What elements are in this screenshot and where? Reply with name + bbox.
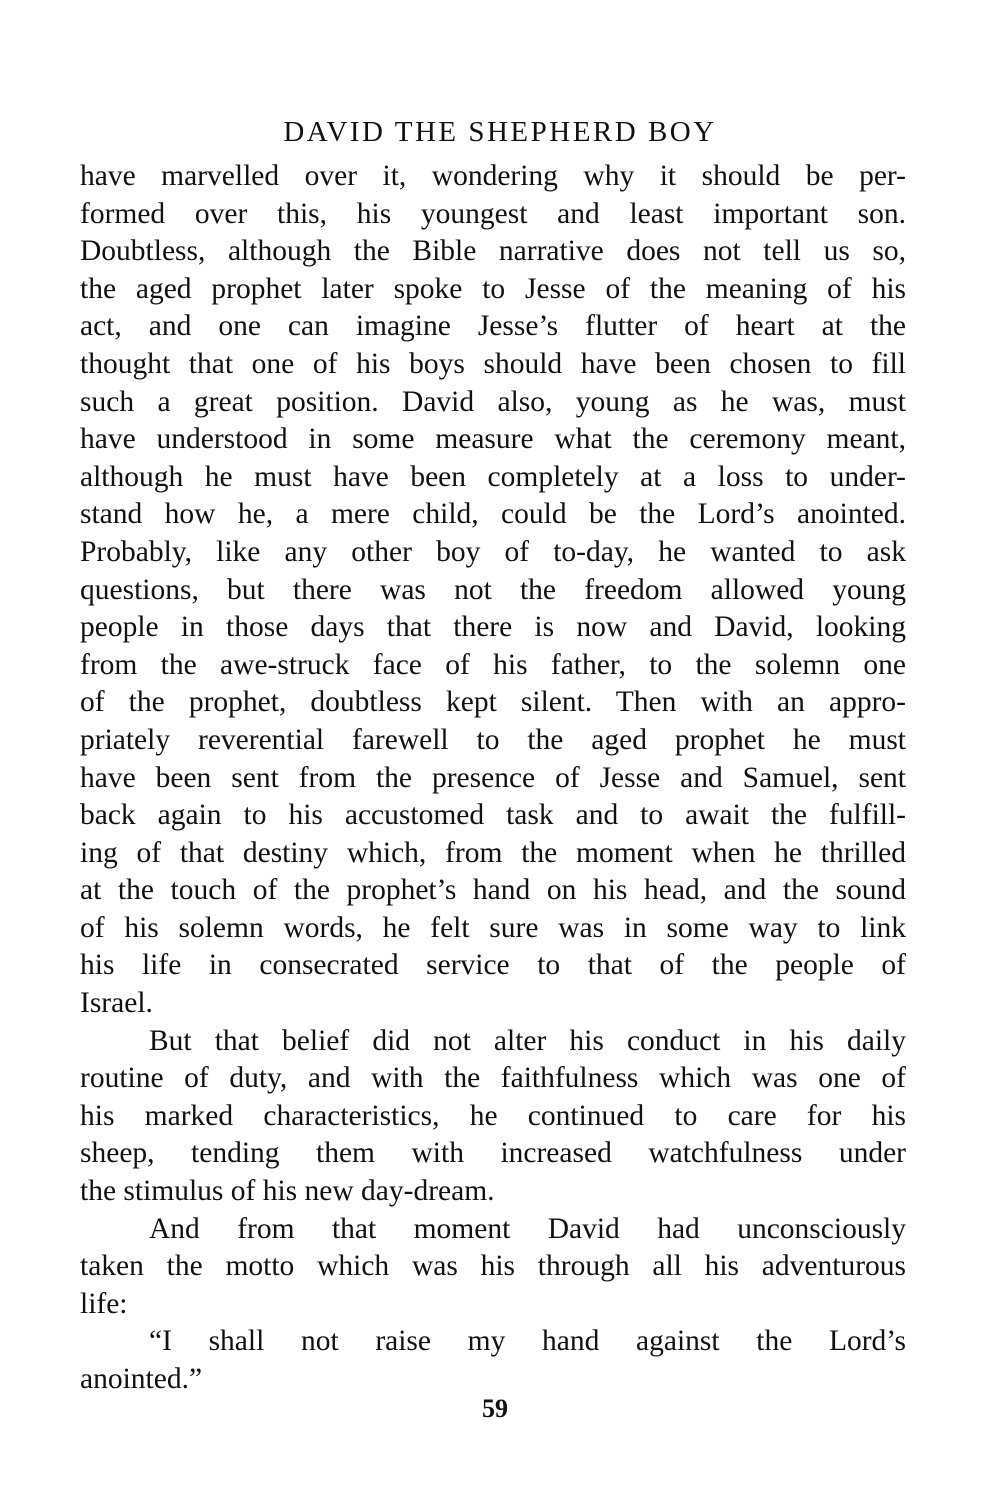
paragraph: And from that moment David had unconscio…: [80, 1211, 906, 1324]
text-line: at the touch of the prophet’s hand on hi…: [80, 872, 906, 910]
text-line: formed over this, his youngest and least…: [80, 196, 906, 234]
text-line: ing of that destiny which, from the mome…: [80, 835, 906, 873]
text-line: although he must have been completely at…: [80, 459, 906, 497]
text-line: have marvelled over it, wondering why it…: [80, 158, 906, 196]
book-page: DAVID THE SHEPHERD BOY have marvelled ov…: [0, 0, 1000, 1511]
paragraph: have marvelled over it, wondering why it…: [80, 158, 906, 1023]
text-line: the stimulus of his new day-dream.: [80, 1173, 906, 1211]
text-line: taken the motto which was his through al…: [80, 1248, 906, 1286]
text-line: act, and one can imagine Jesse’s flutter…: [80, 308, 906, 346]
text-line: Israel.: [80, 985, 906, 1023]
text-line: of the prophet, doubtless kept silent. T…: [80, 684, 906, 722]
text-line: “I shall not raise my hand against the L…: [80, 1323, 906, 1361]
text-line: Doubtless, although the Bible narrative …: [80, 233, 906, 271]
text-line: sheep, tending them with increased watch…: [80, 1135, 906, 1173]
text-line: his life in consecrated service to that …: [80, 947, 906, 985]
quotation-paragraph: “I shall not raise my hand against the L…: [80, 1323, 906, 1398]
text-line: thought that one of his boys should have…: [80, 346, 906, 384]
text-line: Probably, like any other boy of to-day, …: [80, 534, 906, 572]
text-line: back again to his accustomed task and to…: [80, 797, 906, 835]
text-line: have been sent from the presence of Jess…: [80, 760, 906, 798]
text-line: such a great position. David also, young…: [80, 384, 906, 422]
text-line: people in those days that there is now a…: [80, 609, 906, 647]
text-line: stand how he, a mere child, could be the…: [80, 496, 906, 534]
body-text: have marvelled over it, wondering why it…: [80, 158, 906, 1399]
text-line: his marked characteristics, he continued…: [80, 1098, 906, 1136]
paragraph: But that belief did not alter his conduc…: [80, 1023, 906, 1211]
text-line: questions, but there was not the freedom…: [80, 572, 906, 610]
page-number: 59: [0, 1394, 990, 1424]
text-line: And from that moment David had unconscio…: [80, 1211, 906, 1249]
text-line: the aged prophet later spoke to Jesse of…: [80, 271, 906, 309]
text-line: priately reverential farewell to the age…: [80, 722, 906, 760]
text-line: have understood in some measure what the…: [80, 421, 906, 459]
text-line: anointed.”: [80, 1361, 906, 1399]
text-line: routine of duty, and with the faithfulne…: [80, 1060, 906, 1098]
text-line: But that belief did not alter his conduc…: [80, 1023, 906, 1061]
text-line: of his solemn words, he felt sure was in…: [80, 910, 906, 948]
text-line: life:: [80, 1286, 906, 1324]
text-line: from the awe-struck face of his father, …: [80, 647, 906, 685]
running-head: DAVID THE SHEPHERD BOY: [0, 112, 1000, 152]
